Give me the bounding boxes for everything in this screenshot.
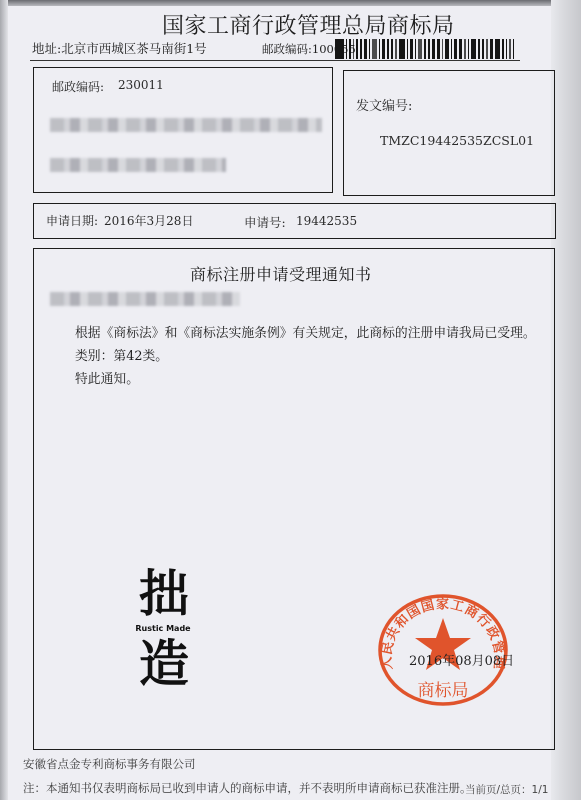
issuer-address: 地址:北京市西城区茶马南街1号 bbox=[32, 39, 207, 57]
document-number-value: TMZC19442535ZCSL01 bbox=[380, 133, 534, 148]
scan-edge bbox=[551, 0, 581, 800]
application-number-label: 申请号: bbox=[244, 213, 286, 231]
recipient-name-redacted bbox=[50, 158, 226, 172]
application-date-value: 2016年3月28日 bbox=[104, 212, 193, 229]
trademark-logo: 拙 Rustic Made 造 bbox=[118, 565, 208, 693]
svg-text:商标局: 商标局 bbox=[418, 681, 469, 701]
header-divider bbox=[30, 60, 520, 61]
recipient-postcode-label: 邮政编码: bbox=[52, 78, 104, 95]
notice-title: 商标注册申请受理通知书 bbox=[190, 262, 372, 285]
notice-class: 类别：第42类。 bbox=[75, 345, 168, 364]
trademark-english: Rustic Made bbox=[118, 623, 208, 635]
issuer-title: 国家工商行政管理总局商标局 bbox=[162, 9, 455, 40]
agency-name: 安徽省点金专利商标事务有限公司 bbox=[23, 756, 196, 772]
barcode-icon bbox=[335, 39, 525, 59]
recipient-address-redacted bbox=[50, 118, 322, 132]
recipient-postcode-value: 230011 bbox=[118, 78, 164, 92]
document-number-label: 发文编号: bbox=[356, 95, 412, 114]
notice-paragraph: 根据《商标法》和《商标法实施条例》有关规定，此商标的注册申请我局已受理。 bbox=[75, 322, 536, 341]
application-number-value: 19442535 bbox=[296, 214, 357, 228]
application-date-label: 申请日期: bbox=[46, 212, 98, 229]
stamp-date: 2016年08月08日 bbox=[409, 650, 514, 669]
page-indicator: 当前页/总页：1/1 bbox=[465, 782, 548, 797]
scan-edge bbox=[0, 0, 8, 800]
applicant-name-redacted bbox=[50, 292, 240, 306]
trademark-char-1: 拙 bbox=[118, 565, 208, 623]
footer-note: 注：本通知书仅表明商标局已收到申请人的商标申请，并不表明所申请商标已获准注册。 bbox=[23, 780, 472, 796]
notice-closing: 特此通知。 bbox=[75, 368, 139, 387]
trademark-char-2: 造 bbox=[118, 635, 208, 693]
